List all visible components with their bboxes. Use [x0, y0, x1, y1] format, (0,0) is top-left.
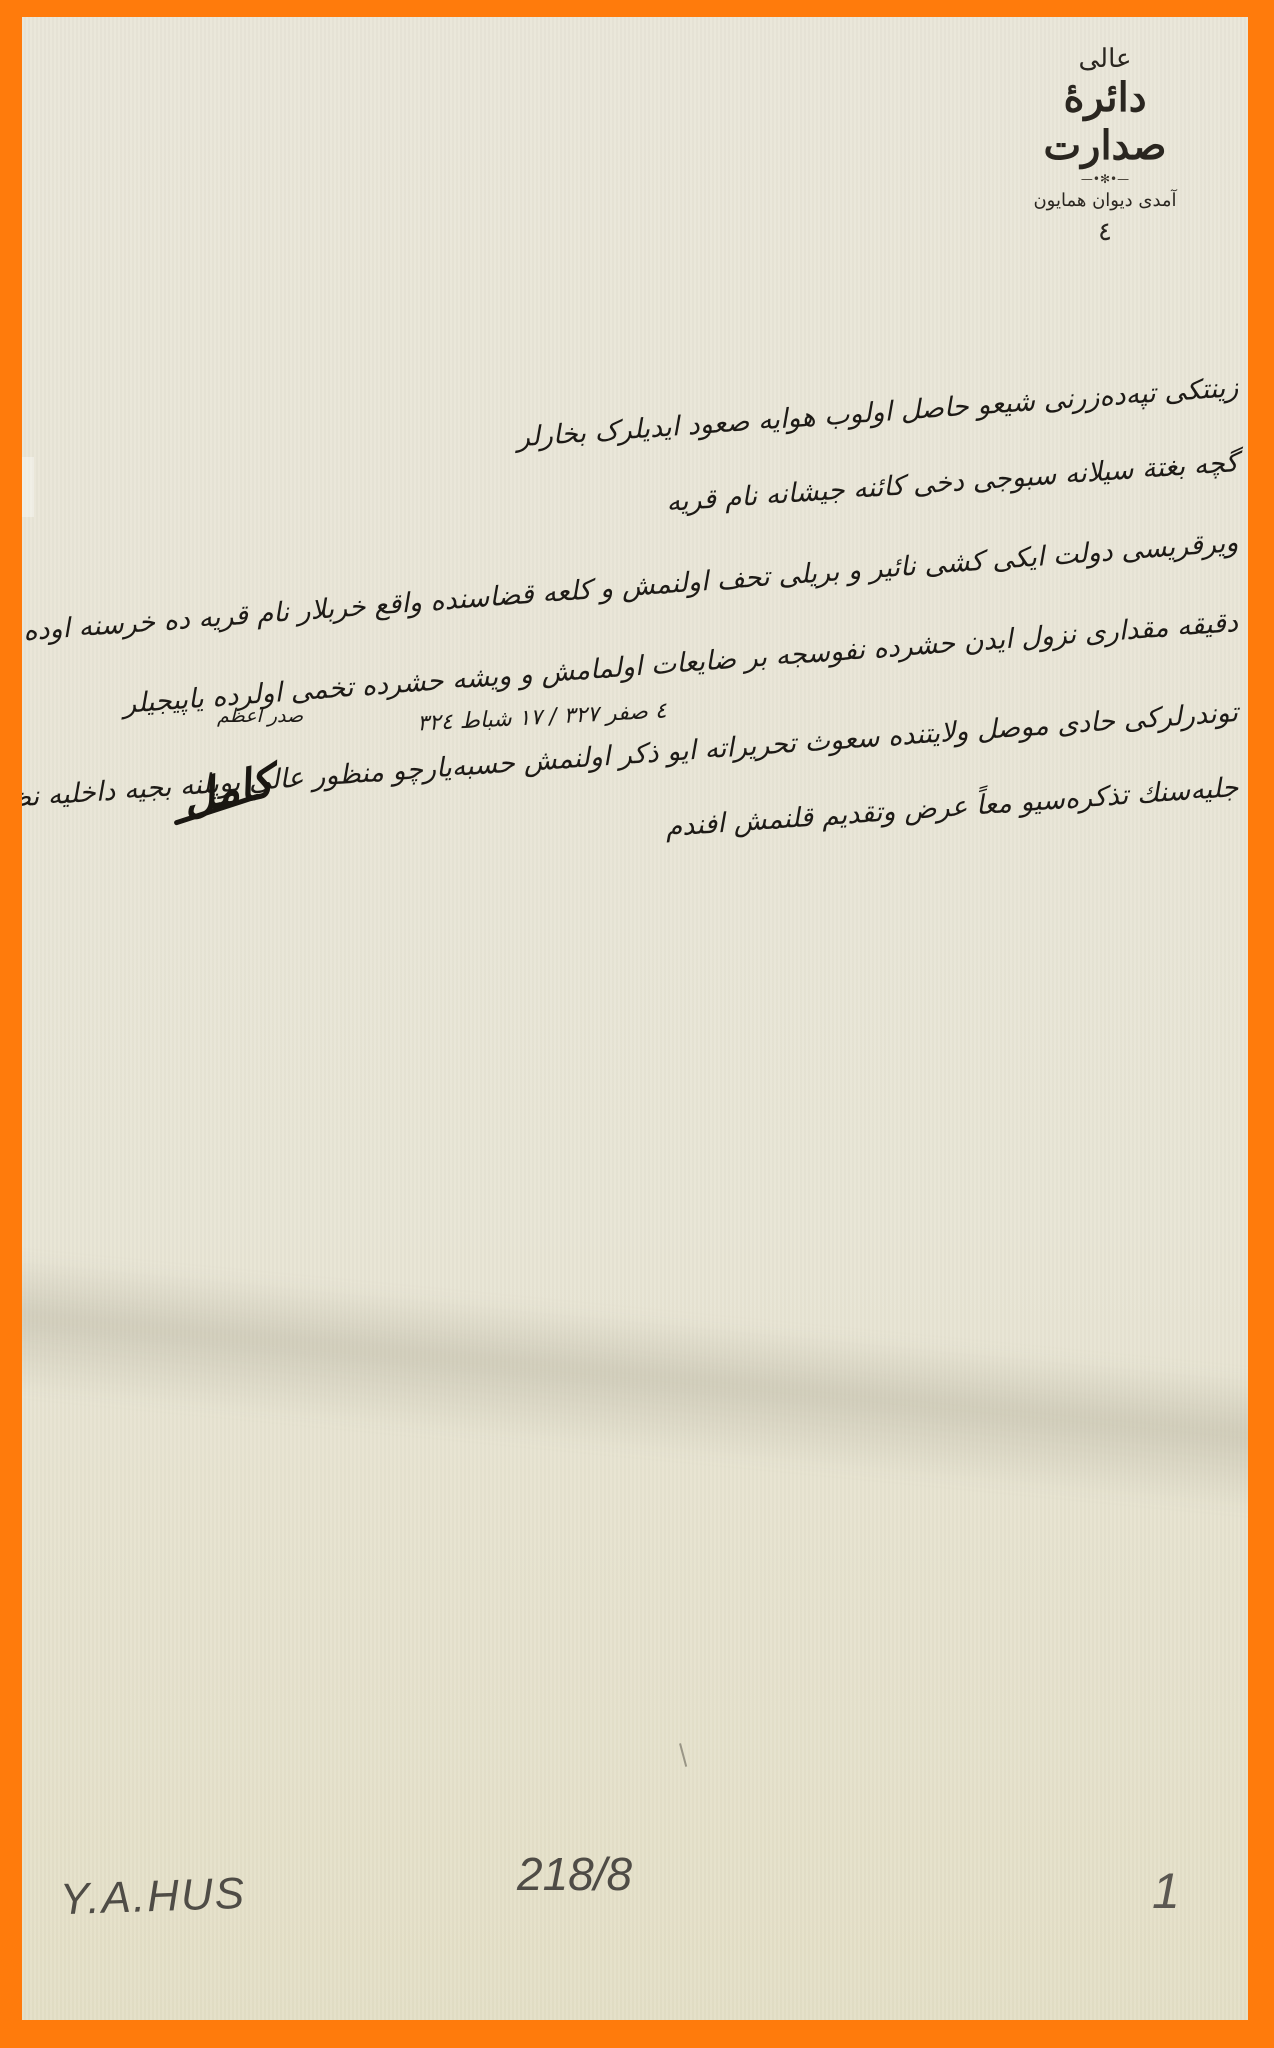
- signatory-title: صدر اعظم: [217, 705, 303, 727]
- archive-folder-number: 218/8: [517, 1847, 632, 1901]
- archive-collection-code: Y.A.HUS: [59, 1869, 247, 1925]
- document-page: عالی دائرهٔ صدارت —•✻•— آمدی دیوان همایو…: [22, 17, 1248, 2020]
- archive-page-number: 1: [1152, 1862, 1180, 1920]
- body-line-6: جلیه‌سنك تذکره‌سیو معاً عرض وتقدیم قلنمش…: [664, 772, 1239, 843]
- document-body: زینتکی تپه‌ده‌زرنی شیعو حاصل اولوب هوایه…: [22, 17, 1248, 2020]
- body-line-1: زینتکی تپه‌ده‌زرنی شیعو حاصل اولوب هوایه…: [516, 372, 1240, 453]
- body-line-2: گچه بغتة سیلانه سبوجی دخی کائنه جیشانه ن…: [665, 447, 1239, 518]
